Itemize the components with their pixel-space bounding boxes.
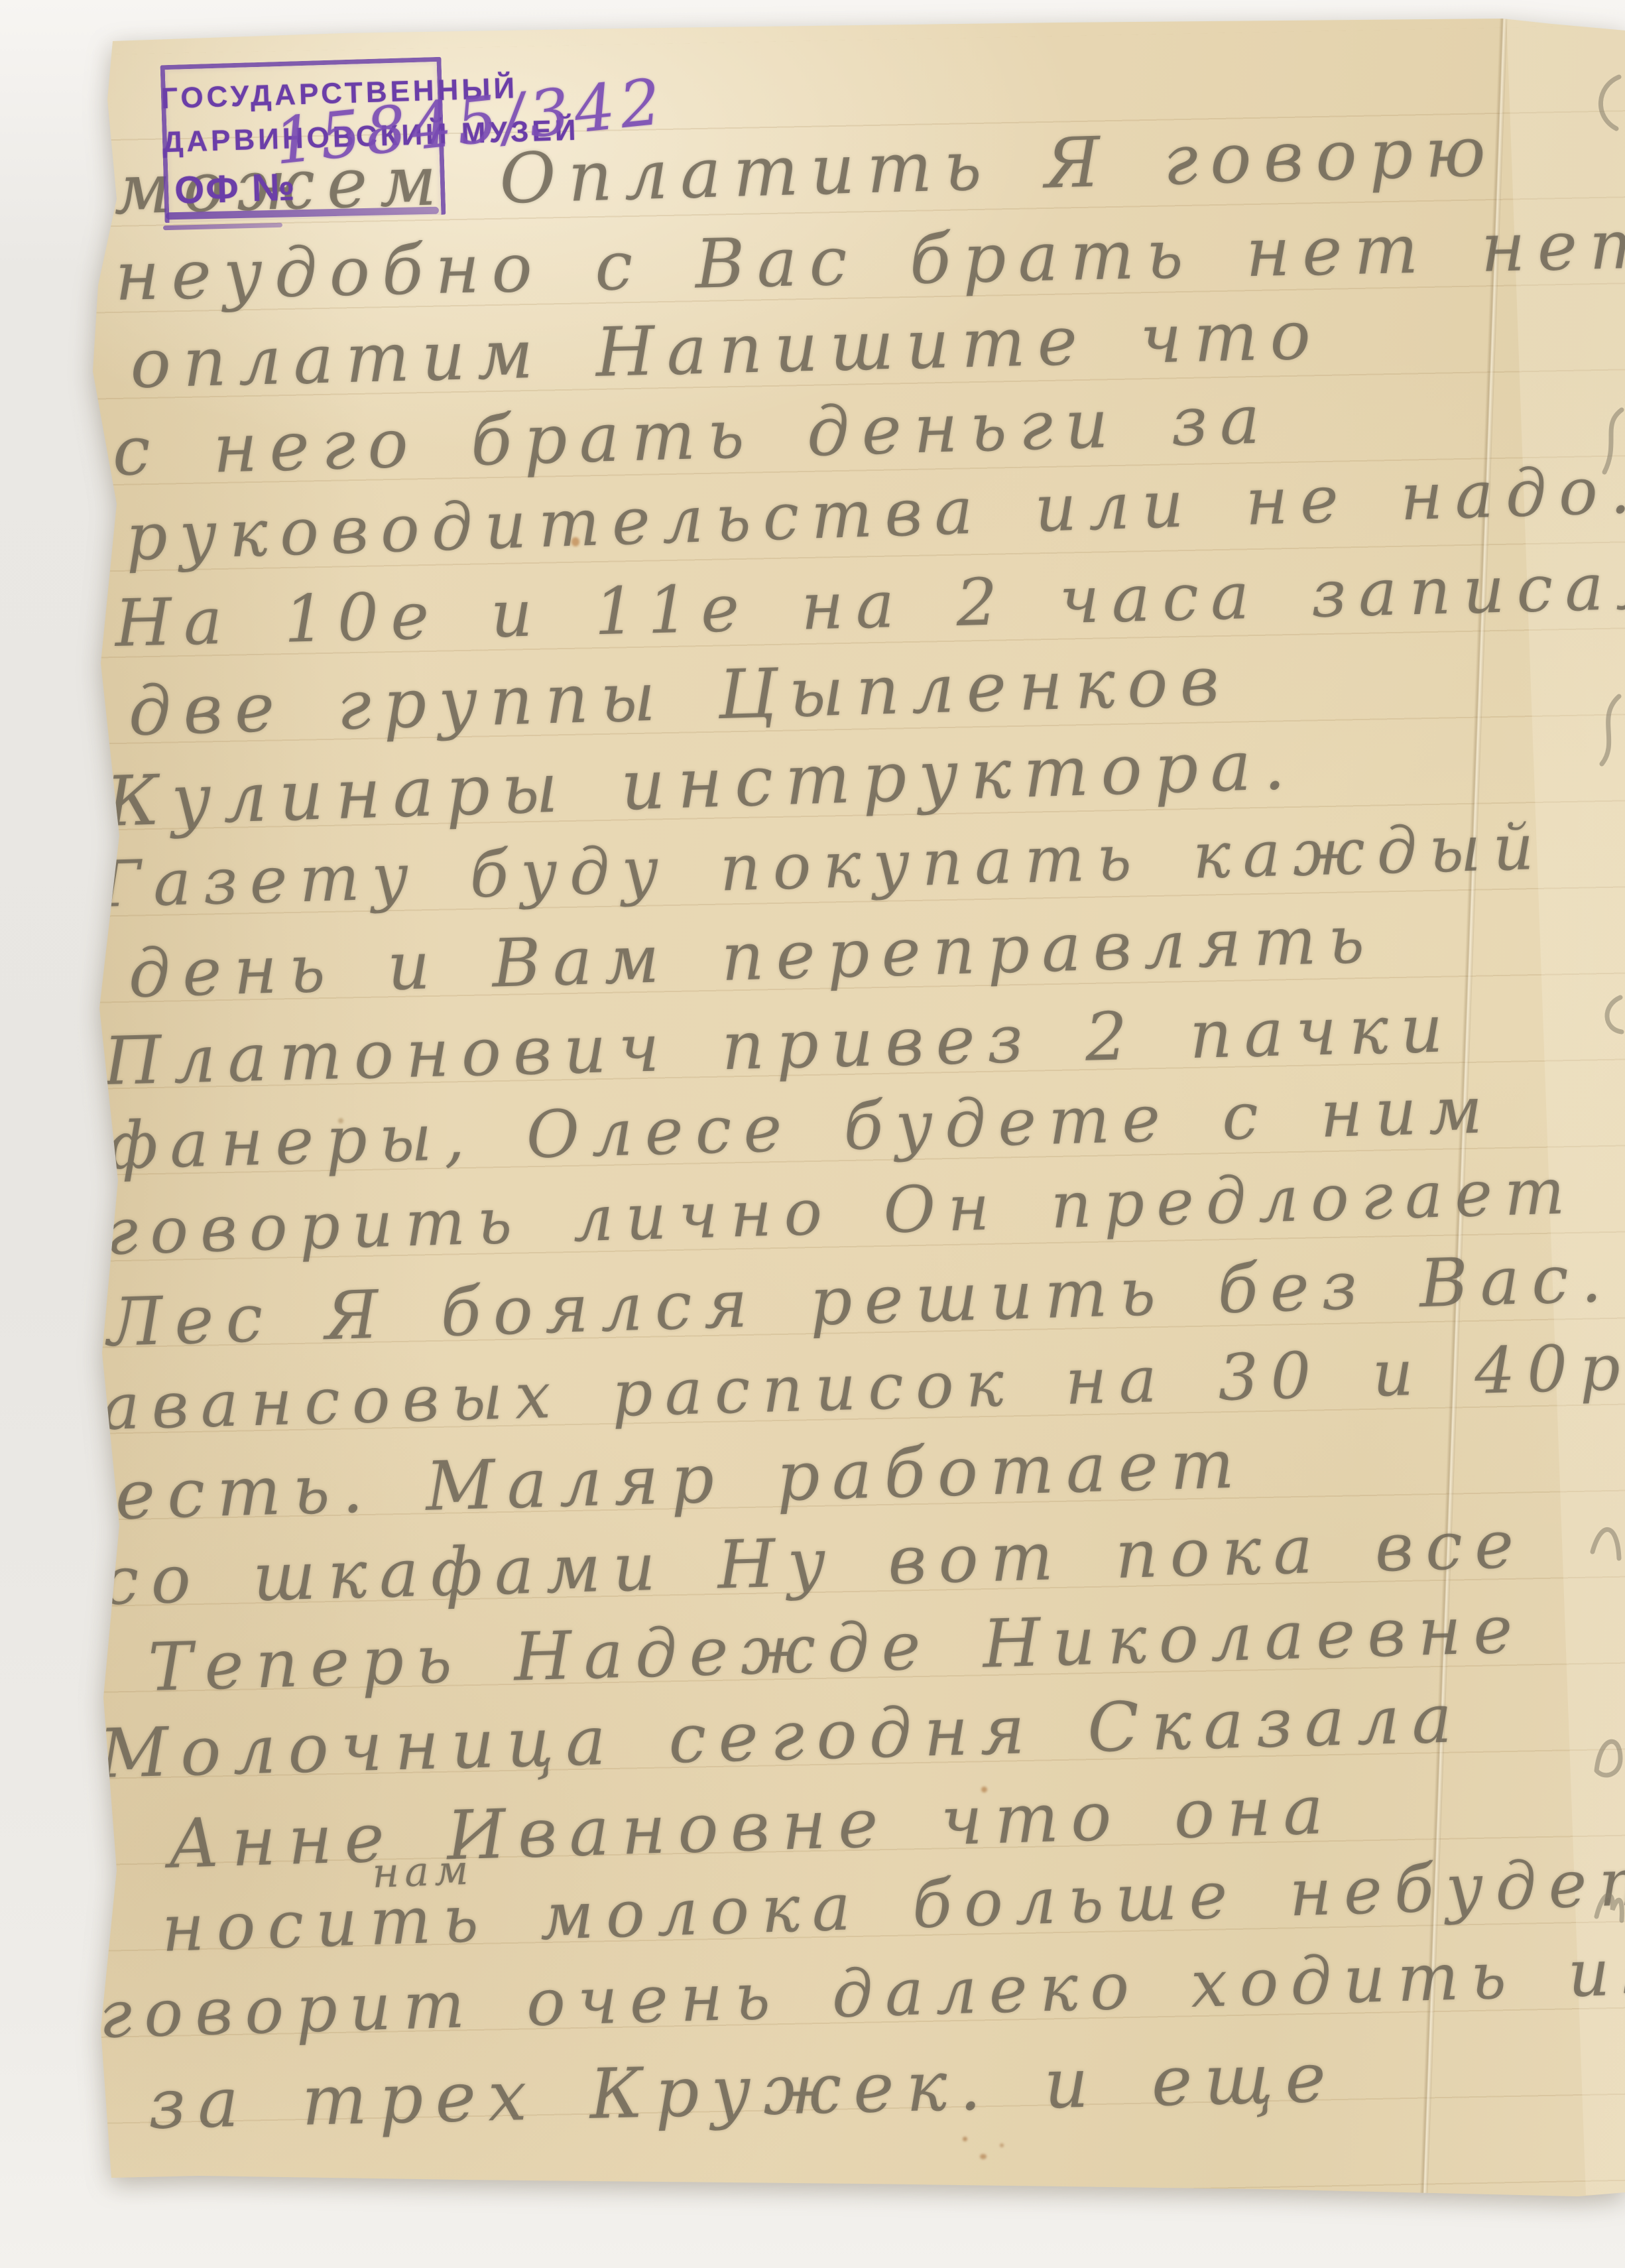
letter-line: за трех Кружек. и еще	[147, 2037, 1339, 2145]
inserted-word: нам	[371, 1846, 475, 1897]
paper-shadow: ГОСУДАРСТВЕННЫЙ ДАРВИНОВСКИЙ МУЗЕЙ ОФ № …	[0, 0, 1625, 2268]
edge-writing-fragment	[1596, 405, 1625, 477]
age-spot	[572, 537, 579, 546]
edge-writing-fragment	[1589, 1512, 1623, 1565]
age-spot	[981, 1787, 987, 1793]
edge-writing-fragment	[1591, 1724, 1624, 1784]
age-spot	[338, 1118, 343, 1123]
age-spot	[980, 2154, 987, 2159]
edge-writing-fragment	[1593, 690, 1623, 769]
scan-background: ГОСУДАРСТВЕННЫЙ ДАРВИНОВСКИЙ МУЗЕЙ ОФ № …	[0, 0, 1625, 2268]
edge-writing-fragment	[1598, 992, 1624, 1039]
edge-writing-fragment	[1590, 73, 1624, 133]
age-spot	[963, 2137, 967, 2141]
age-spot	[1000, 2143, 1004, 2147]
edge-writing-fragment	[1593, 1883, 1624, 1930]
letter-page: ГОСУДАРСТВЕННЫЙ ДАРВИНОВСКИЙ МУЗЕЙ ОФ № …	[0, 0, 1625, 2268]
